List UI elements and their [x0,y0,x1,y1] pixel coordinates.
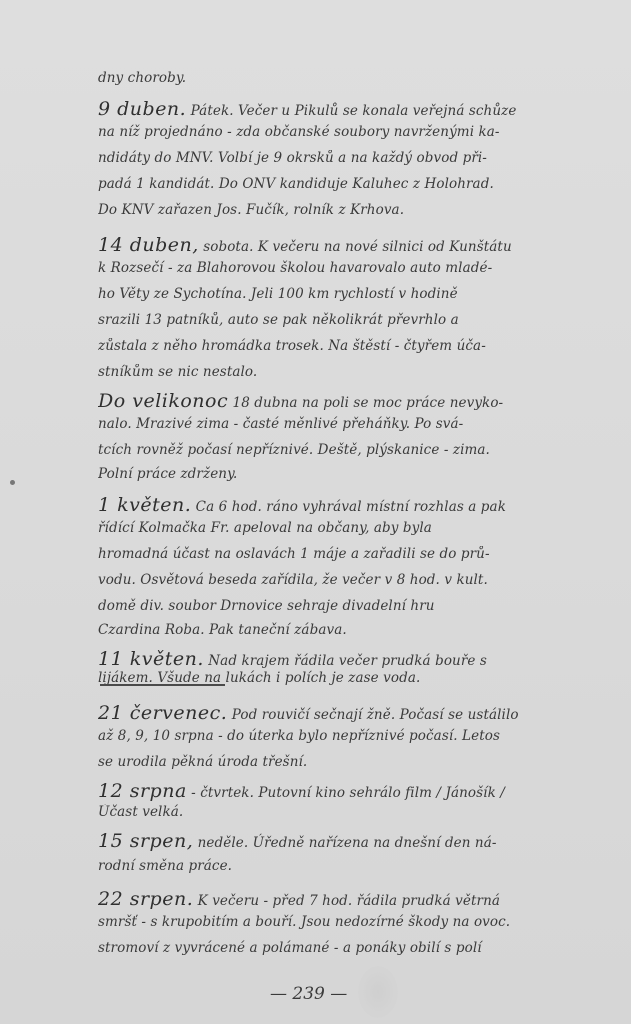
text-line: rodní směna práce. [98,858,608,874]
text-line: tcích rovněž počasí nepříznivé. Deště, p… [98,442,608,458]
text-line: smršť - s krupobitím a bouří. Jsou nedoz… [98,914,608,930]
text-line: ndidáty do MNV. Volbí je 9 okrsků a na k… [98,150,608,166]
paper-stain [358,966,398,1018]
text-line: stníkům se nic nestalo. [98,364,608,380]
binding-hole [10,480,15,485]
entry-text: K večeru - před 7 hod. řádila prudká vět… [193,893,500,909]
text-line: zůstala z něho hromádka trosek. Na štěst… [98,338,608,354]
text-line: domě div. soubor Drnovice sehraje divade… [98,598,608,614]
entry-date-heading: 15 srpen, [98,830,193,852]
entry-date-heading: 22 srpen. [98,888,193,910]
text-line: Do KNV zařazen Jos. Fučík, rolník z Krho… [98,202,608,218]
text-line: dny choroby. [98,70,608,86]
entry-date-heading: 11 květen. [98,648,204,670]
text-line: 12 srpna - čtvrtek. Putovní kino sehrálo… [98,780,608,802]
text-line: řídící Kolmačka Fr. apeloval na občany, … [98,520,608,536]
entry-text: Nad krajem řádila večer prudká bouře s [204,653,487,669]
text-line: 14 duben, sobota. K večeru na nové silni… [98,234,608,256]
entry-text: sobota. K večeru na nové silnici od Kunš… [199,239,512,255]
text-line: 21 červenec. Pod rouvičí sečnají žně. Po… [98,702,608,724]
text-line: srazili 13 patníků, auto se pak několikr… [98,312,608,328]
text-line: Polní práce zdrženy. [98,466,608,482]
text-line: Czardina Roba. Pak taneční zábava. [98,622,608,638]
text-line: vodu. Osvětová beseda zařídila, že večer… [98,572,608,588]
text-line: 1 květen. Ca 6 hod. ráno vyhrával místní… [98,494,608,516]
entry-text: Pátek. Večer u Pikulů se konala veřejná … [186,103,516,119]
text-line: Účast velká. [98,804,608,820]
text-line: ho Věty ze Sychotína. Jeli 100 km rychlo… [98,286,608,302]
text-line: stromoví z vyvrácené a polámané - a poná… [98,940,608,956]
text-line: až 8, 9, 10 srpna - do úterka bylo nepří… [98,728,608,744]
chronicle-page: dny choroby.9 duben. Pátek. Večer u Piku… [0,0,631,1024]
entry-date-heading: 21 červenec. [98,702,227,724]
text-line: na níž projednáno - zda občanské soubory… [98,124,608,140]
entry-date-heading: 1 květen. [98,494,191,516]
text-line: 9 duben. Pátek. Večer u Pikulů se konala… [98,98,608,120]
text-line: padá 1 kandidát. Do ONV kandiduje Kaluhe… [98,176,608,192]
text-line: 22 srpen. K večeru - před 7 hod. řádila … [98,888,608,910]
entry-text: neděle. Úředně nařízena na dnešní den ná… [193,835,496,851]
entry-date-heading: 14 duben, [98,234,199,256]
text-line: k Rozsečí - za Blahorovou školou havarov… [98,260,608,276]
section-divider-rule [100,684,225,686]
text-line: se urodila pěkná úroda třešní. [98,754,608,770]
entry-date-heading: Do velikonoc [98,390,228,412]
entry-text: Pod rouvičí sečnají žně. Počasí se ustál… [227,707,518,723]
text-line: 15 srpen, neděle. Úředně nařízena na dne… [98,830,608,852]
text-line: Do velikonoc 18 dubna na poli se moc prá… [98,390,608,412]
entry-date-heading: 9 duben. [98,98,186,120]
page-number: — 239 — [270,984,347,1004]
entry-text: 18 dubna na poli se moc práce nevyko- [228,395,503,411]
entry-text: - čtvrtek. Putovní kino sehrálo film / J… [187,785,505,801]
entry-text: Ca 6 hod. ráno vyhrával místní rozhlas a… [191,499,506,515]
text-line: 11 květen. Nad krajem řádila večer prudk… [98,648,608,670]
text-line: hromadná účast na oslavách 1 máje a zařa… [98,546,608,562]
entry-date-heading: 12 srpna [98,780,187,802]
text-line: nalo. Mrazivé zima - časté měnlivé přehá… [98,416,608,432]
